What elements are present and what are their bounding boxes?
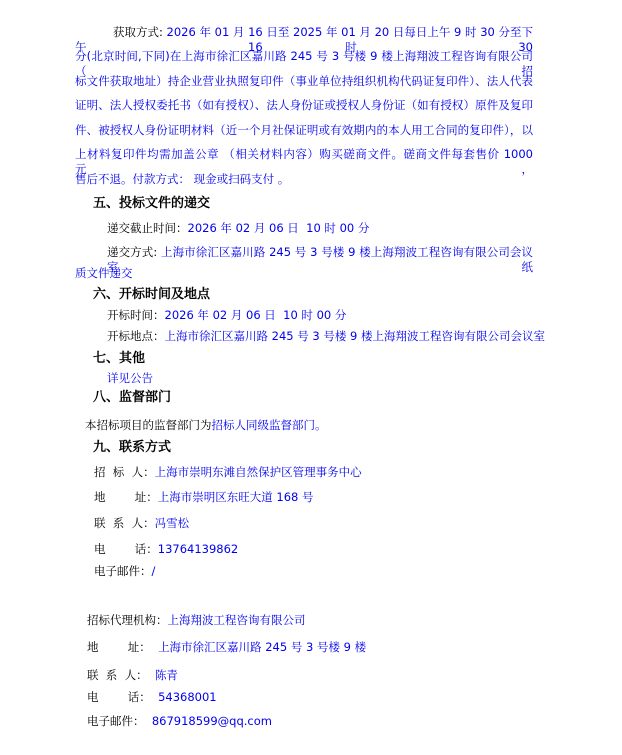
label-text: 递交方式: <box>107 245 161 259</box>
submission-method-line: 递交方式: 上海市徐汇区嘉川路 245 号 3 号楼 9 楼上海翔波工程咨询有限… <box>107 245 533 260</box>
label-text: 获取方式: <box>113 25 167 39</box>
acquisition-paragraph-line-2: 分(北京时间,下同)在上海市徐汇区嘉川路 245 号 3 号楼 9 楼上海翔波工… <box>75 49 533 64</box>
tenderer-email-line: 电子邮件：/ <box>94 564 155 579</box>
agency-address-line: 地 址： 上海市徐汇区嘉川路 245 号 3 号楼 9 楼 <box>87 640 366 655</box>
section-8-heading: 八、监督部门 <box>93 390 171 405</box>
section-7-heading: 七、其他 <box>93 351 145 366</box>
label-text: 电 话： <box>94 542 158 556</box>
acquisition-paragraph-line-5: 件、被授权人身份证明材料（近一个月社保证明或有效期内的本人用工合同的复印件），以 <box>75 123 533 138</box>
highlighted-text: 13764139862 <box>158 542 238 556</box>
acquisition-paragraph-line-7: 售后不退。付款方式： 现金或扫码支付 。 <box>75 172 533 187</box>
highlighted-text: 上海市徐汇区嘉川路 245 号 3 号楼 9 楼 <box>158 640 366 654</box>
label-text: 招标代理机构： <box>87 613 168 627</box>
label-text: 联 系 人： <box>87 668 155 682</box>
agency-contact-line: 联 系 人： 陈青 <box>87 668 178 683</box>
label-text: 招 标 人： <box>94 465 155 479</box>
acquisition-paragraph-line-6: 上材料复印件均需加盖公章 （相关材料内容）购买磋商文件。磋商文件每套售价 100… <box>75 147 533 162</box>
label-text: 电 话： <box>87 690 158 704</box>
submission-deadline-line: 递交截止时间：2026 年 02 月 06 日 10 时 00 分 <box>107 221 533 236</box>
tenderer-address-line: 地 址：上海市崇明区东旺大道 168 号 <box>94 490 314 505</box>
label-text: 地 址： <box>94 490 158 504</box>
label-text: 电子邮件： <box>87 714 152 728</box>
tenderer-contact-line: 联 系 人：冯雪松 <box>94 516 189 531</box>
highlighted-text: 上海翔波工程咨询有限公司 <box>168 613 306 627</box>
opening-place-line: 开标地点：上海市徐汇区嘉川路 245 号 3 号楼 9 楼上海翔波工程咨询有限公… <box>107 329 533 344</box>
tenderer-name-line: 招 标 人：上海市崇明东滩自然保护区管理事务中心 <box>94 465 362 480</box>
highlighted-text: 上海市徐汇区嘉川路 245 号 3 号楼 9 楼上海翔波工程咨询有限公司会议室 <box>165 329 546 343</box>
tender-notice-document-page: 获取方式: 2026 年 01 月 16 日至 2025 年 01 月 20 日… <box>0 0 622 755</box>
agency-phone-line: 电 话： 54368001 <box>87 690 217 705</box>
label-text: 电子邮件： <box>94 564 152 578</box>
acquisition-paragraph-line-4: 证明、法人授权委托书（如有授权）、法人身份证或授权人身份证（如有授权）原件及复印 <box>75 98 533 113</box>
see-notice-line: 详见公告 <box>107 371 533 386</box>
label-text: 开标地点： <box>107 329 165 343</box>
opening-time-line: 开标时间：2026 年 02 月 06 日 10 时 00 分 <box>107 308 533 323</box>
highlighted-text: 上海市崇明区东旺大道 168 号 <box>158 490 314 504</box>
section-5-heading: 五、投标文件的递交 <box>93 196 210 211</box>
label-text: 递交截止时间： <box>107 221 188 235</box>
label-text: 本招标项目的监督部门为 <box>85 418 212 432</box>
highlighted-text: 招标人同级监督部门。 <box>212 418 327 432</box>
tenderer-phone-line: 电 话：13764139862 <box>94 542 238 557</box>
highlighted-text: 陈青 <box>155 668 178 682</box>
acquisition-paragraph-line-1: 获取方式: 2026 年 01 月 16 日至 2025 年 01 月 20 日… <box>75 25 533 40</box>
label-text: 联 系 人： <box>94 516 155 530</box>
submission-method-wrap-line: 质文件递交 <box>75 266 533 281</box>
highlighted-text: 2026 年 02 月 06 日 10 时 00 分 <box>165 308 347 322</box>
highlighted-text: 867918599@qq.com <box>152 714 272 728</box>
supervision-body-line: 本招标项目的监督部门为招标人同级监督部门。 <box>85 418 327 433</box>
agency-name-line: 招标代理机构：上海翔波工程咨询有限公司 <box>87 613 306 628</box>
agency-email-line: 电子邮件： 867918599@qq.com <box>87 714 272 729</box>
highlighted-text: 冯雪松 <box>155 516 190 530</box>
section-6-heading: 六、开标时间及地点 <box>93 287 210 302</box>
section-9-heading: 九、联系方式 <box>93 440 171 455</box>
label-text: 地 址： <box>87 640 158 654</box>
highlighted-text: 54368001 <box>158 690 217 704</box>
highlighted-text: / <box>152 564 156 578</box>
highlighted-text: 2026 年 02 月 06 日 10 时 00 分 <box>188 221 370 235</box>
acquisition-paragraph-line-3: 标文件获取地址）持企业营业执照复印件（事业单位持组织机构代码证复印件）、法人代表 <box>75 74 533 89</box>
label-text: 开标时间： <box>107 308 165 322</box>
highlighted-text: 上海市崇明东滩自然保护区管理事务中心 <box>155 465 362 479</box>
